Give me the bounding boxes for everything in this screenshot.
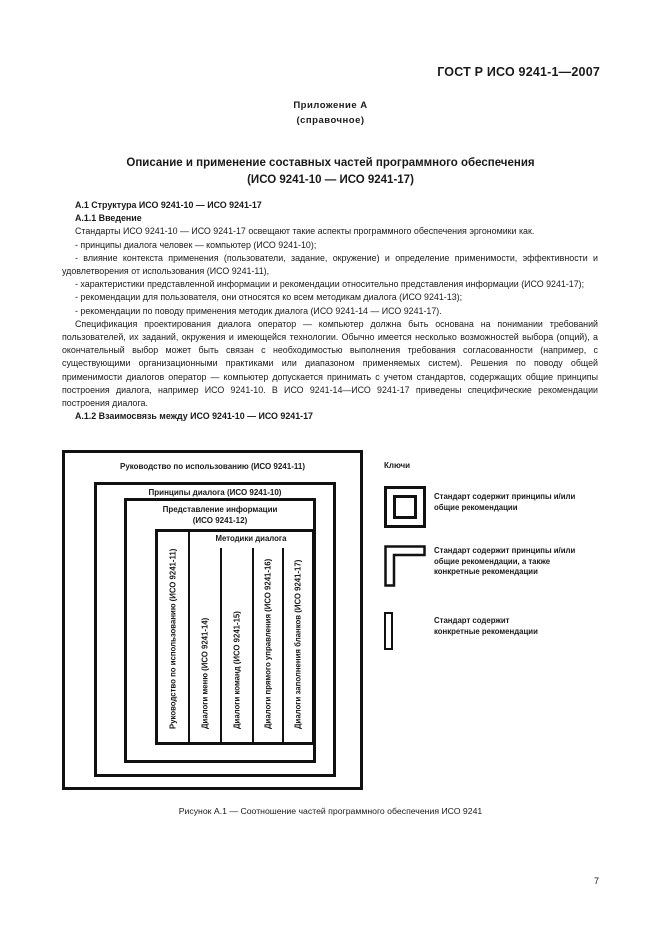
box-info-presentation-label-1: Представление информации (127, 504, 313, 515)
intro-paragraph: Стандарты ИСО 9241-10 — ИСО 9241-17 осве… (62, 225, 598, 238)
column-form-filling: Диалоги заполнения бланков (ИСО 9241-17) (284, 548, 312, 742)
key-text-principles-and-specific: Стандарт содержит принципы и/или общие р… (434, 546, 584, 578)
page-number: 7 (594, 876, 599, 886)
section-a12-heading: А.1.2 Взаимосвязь между ИСО 9241-10 — ИС… (62, 410, 598, 423)
column-usage-guidance: Руководство по использованию (ИСО 9241-1… (158, 532, 190, 742)
section-a1-heading: А.1 Структура ИСО 9241-10 — ИСО 9241-17 (62, 199, 598, 212)
title-line-1: Описание и применение составных частей п… (0, 155, 661, 172)
corner-bracket-icon (384, 545, 426, 587)
column-command-dialogues: Диалоги команд (ИСО 9241-15) (222, 548, 254, 742)
column-usage-guidance-label: Руководство по использованию (ИСО 9241-1… (169, 549, 178, 729)
box-dialogue-principles-label: Принципы диалога (ИСО 9241-10) (97, 487, 333, 498)
title-line-2: (ИСО 9241-10 — ИСО 9241-17) (0, 172, 661, 189)
spec-paragraph: Спецификация проектирования диалога опер… (62, 318, 598, 410)
box-usage-guidance-label: Руководство по использованию (ИСО 9241-1… (65, 461, 360, 472)
key-text-specific: Стандарт содержит конкретные рекомендаци… (434, 616, 544, 637)
document-id-header: ГОСТ Р ИСО 9241-1—2007 (437, 65, 600, 79)
figure-caption: Рисунок А.1 — Соотношение частей програм… (0, 806, 661, 816)
double-square-icon (384, 486, 426, 528)
column-menu-dialogues-label: Диалоги меню (ИСО 9241-14) (201, 618, 210, 729)
key-text-principles: Стандарт содержит принципы и/или общие р… (434, 492, 584, 513)
key-title: Ключи (384, 461, 410, 470)
column-direct-manipulation-label: Диалоги прямого управления (ИСО 9241-16) (264, 559, 273, 729)
section-a11-heading: А.1.1 Введение (62, 212, 598, 225)
column-menu-dialogues: Диалоги меню (ИСО 9241-14) (190, 548, 222, 742)
annex-heading: Приложение А (справочное) (0, 98, 661, 128)
bullet-item: - характеристики представленной информац… (62, 278, 598, 291)
column-form-filling-label: Диалоги заполнения бланков (ИСО 9241-17) (294, 560, 303, 729)
body-text: А.1 Структура ИСО 9241-10 — ИСО 9241-17 … (62, 199, 598, 423)
annex-subtitle: (справочное) (0, 113, 661, 128)
box-info-presentation-label-2: (ИСО 9241-12) (127, 515, 313, 526)
dialogue-methods-label: Методики диалога (190, 534, 312, 543)
column-direct-manipulation: Диалоги прямого управления (ИСО 9241-16) (254, 548, 284, 742)
bullet-item: - принципы диалога человек — компьютер (… (62, 239, 598, 252)
box-dialogue-table: Руководство по использованию (ИСО 9241-1… (155, 529, 315, 745)
column-command-dialogues-label: Диалоги команд (ИСО 9241-15) (233, 611, 242, 729)
vertical-bar-icon (384, 612, 393, 650)
bullet-item: - рекомендации для пользователя, они отн… (62, 291, 598, 304)
figure-diagram: Руководство по использованию (ИСО 9241-1… (62, 450, 363, 790)
annex-title: Приложение А (0, 98, 661, 113)
bullet-item: - влияние контекста применения (пользова… (62, 252, 598, 278)
page-title: Описание и применение составных частей п… (0, 155, 661, 189)
bullet-item: - рекомендации по поводу применения мето… (62, 305, 598, 318)
